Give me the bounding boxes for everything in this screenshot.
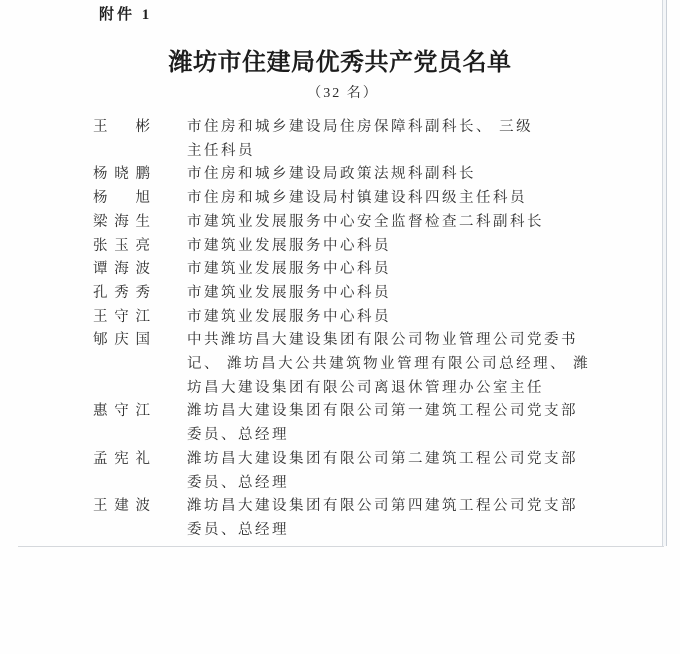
member-name: 王彬 — [93, 116, 150, 140]
member-row: 孟宪礼 潍坊昌大建设集团有限公司第二建筑工程公司党支部委员、总经理 — [93, 448, 603, 495]
member-name-char: 杨 — [93, 163, 108, 187]
member-row: 孔秀秀 市建筑业发展服务中心科员 — [93, 282, 603, 306]
member-name-char: 海 — [114, 258, 129, 282]
member-position-line: 市建筑业发展服务中心科员 — [187, 282, 600, 306]
member-list: 王彬 市住房和城乡建设局住房保障科副科长、 三级主任科员 杨晓鹏 市住房和城乡建… — [93, 116, 603, 543]
member-name-char: 孔 — [93, 282, 108, 306]
page-edge-horizontal — [18, 546, 664, 547]
member-name-char: 惠 — [93, 400, 108, 424]
member-position-line: 潍坊昌大建设集团有限公司第二建筑工程公司党支部 — [187, 448, 600, 472]
member-position: 潍坊昌大建设集团有限公司第四建筑工程公司党支部委员、总经理 — [187, 495, 600, 542]
member-name-char: 波 — [136, 495, 151, 519]
attachment-label: 附件 1 — [99, 3, 152, 24]
member-name-char: 波 — [136, 258, 151, 282]
member-name-char: 秀 — [136, 282, 151, 306]
member-name: 王守江 — [93, 306, 150, 330]
member-position-line: 委员、总经理 — [187, 472, 600, 496]
member-position-line: 市住房和城乡建设局村镇建设科四级主任科员 — [187, 187, 600, 211]
member-position-line: 潍坊昌大建设集团有限公司第四建筑工程公司党支部 — [187, 495, 600, 519]
member-name-char: 王 — [93, 116, 108, 140]
member-position: 潍坊昌大建设集团有限公司第一建筑工程公司党支部委员、总经理 — [187, 400, 600, 447]
member-row: 杨晓鹏 市住房和城乡建设局政策法规科副科长 — [93, 163, 603, 187]
member-name-char: 孟 — [93, 448, 108, 472]
member-position: 市住房和城乡建设局政策法规科副科长 — [187, 163, 600, 187]
member-name: 谭海波 — [93, 258, 150, 282]
member-position-line: 委员、总经理 — [187, 424, 600, 448]
document-page: 附件 1 潍坊市住建局优秀共产党员名单 （32 名） 王彬 市住房和城乡建设局住… — [0, 0, 680, 654]
member-name-char: 国 — [136, 329, 151, 353]
member-row: 郇庆国 中共潍坊昌大建设集团有限公司物业管理公司党委书记、 潍坊昌大公共建筑物业… — [93, 329, 603, 400]
member-name-char: 宪 — [114, 448, 129, 472]
member-name: 杨旭 — [93, 187, 150, 211]
member-position-line: 中共潍坊昌大建设集团有限公司物业管理公司党委书 — [187, 329, 600, 353]
member-name: 梁海生 — [93, 211, 150, 235]
member-name: 王建波 — [93, 495, 150, 519]
member-name: 张玉亮 — [93, 235, 150, 259]
member-row: 杨旭 市住房和城乡建设局村镇建设科四级主任科员 — [93, 187, 603, 211]
member-position-line: 市建筑业发展服务中心安全监督检查二科副科长 — [187, 211, 600, 235]
member-position-line: 记、 潍坊昌大公共建筑物业管理有限公司总经理、 潍 — [187, 353, 600, 377]
member-row: 王守江 市建筑业发展服务中心科员 — [93, 306, 603, 330]
member-name-char: 王 — [93, 306, 108, 330]
member-position: 市建筑业发展服务中心科员 — [187, 235, 600, 259]
member-row: 王建波 潍坊昌大建设集团有限公司第四建筑工程公司党支部委员、总经理 — [93, 495, 603, 542]
member-position-line: 市住房和城乡建设局政策法规科副科长 — [187, 163, 600, 187]
member-position: 中共潍坊昌大建设集团有限公司物业管理公司党委书记、 潍坊昌大公共建筑物业管理有限… — [187, 329, 600, 400]
member-position: 市建筑业发展服务中心科员 — [187, 258, 600, 282]
member-position-line: 市建筑业发展服务中心科员 — [187, 235, 600, 259]
member-name-char: 江 — [136, 306, 151, 330]
member-name-char: 建 — [114, 495, 129, 519]
member-position: 市建筑业发展服务中心科员 — [187, 306, 600, 330]
member-position-line: 委员、总经理 — [187, 519, 600, 543]
member-count-label: （32 名） — [0, 82, 680, 102]
document-title: 潍坊市住建局优秀共产党员名单 — [0, 42, 680, 77]
member-name-char: 彬 — [136, 116, 151, 140]
member-position: 市住房和城乡建设局村镇建设科四级主任科员 — [187, 187, 600, 211]
member-row: 梁海生 市建筑业发展服务中心安全监督检查二科副科长 — [93, 211, 603, 235]
member-position: 市建筑业发展服务中心科员 — [187, 282, 600, 306]
member-position-line: 主任科员 — [187, 140, 600, 164]
member-name-char: 鹏 — [136, 163, 151, 187]
member-name-char: 郇 — [93, 329, 108, 353]
member-name-char: 旭 — [136, 187, 151, 211]
member-name-char: 礼 — [136, 448, 151, 472]
member-name: 惠守江 — [93, 400, 150, 424]
member-row: 惠守江 潍坊昌大建设集团有限公司第一建筑工程公司党支部委员、总经理 — [93, 400, 603, 447]
member-position-line: 市建筑业发展服务中心科员 — [187, 306, 600, 330]
member-position: 潍坊昌大建设集团有限公司第二建筑工程公司党支部委员、总经理 — [187, 448, 600, 495]
member-name: 郇庆国 — [93, 329, 150, 353]
member-name-char: 王 — [93, 495, 108, 519]
member-name-char: 生 — [136, 211, 151, 235]
member-name-char: 晓 — [114, 163, 129, 187]
member-name-char: 玉 — [114, 235, 129, 259]
member-name-char: 江 — [136, 400, 151, 424]
member-name-char: 亮 — [136, 235, 151, 259]
member-position-line: 坊昌大建设集团有限公司离退休管理办公室主任 — [187, 377, 600, 401]
member-name-char: 庆 — [114, 329, 129, 353]
member-position: 市住房和城乡建设局住房保障科副科长、 三级主任科员 — [187, 116, 600, 163]
member-position: 市建筑业发展服务中心安全监督检查二科副科长 — [187, 211, 600, 235]
member-row: 张玉亮 市建筑业发展服务中心科员 — [93, 235, 603, 259]
member-name: 孔秀秀 — [93, 282, 150, 306]
member-name-char: 海 — [114, 211, 129, 235]
member-row: 王彬 市住房和城乡建设局住房保障科副科长、 三级主任科员 — [93, 116, 603, 163]
member-name-char: 守 — [114, 306, 129, 330]
member-name-char: 谭 — [93, 258, 108, 282]
member-position-line: 潍坊昌大建设集团有限公司第一建筑工程公司党支部 — [187, 400, 600, 424]
member-name: 孟宪礼 — [93, 448, 150, 472]
member-name-char: 梁 — [93, 211, 108, 235]
member-name-char: 守 — [114, 400, 129, 424]
member-name: 杨晓鹏 — [93, 163, 150, 187]
member-row: 谭海波 市建筑业发展服务中心科员 — [93, 258, 603, 282]
member-name-char: 杨 — [93, 187, 108, 211]
member-name-char: 秀 — [114, 282, 129, 306]
member-position-line: 市住房和城乡建设局住房保障科副科长、 三级 — [187, 116, 600, 140]
member-name-char: 张 — [93, 235, 108, 259]
member-position-line: 市建筑业发展服务中心科员 — [187, 258, 600, 282]
